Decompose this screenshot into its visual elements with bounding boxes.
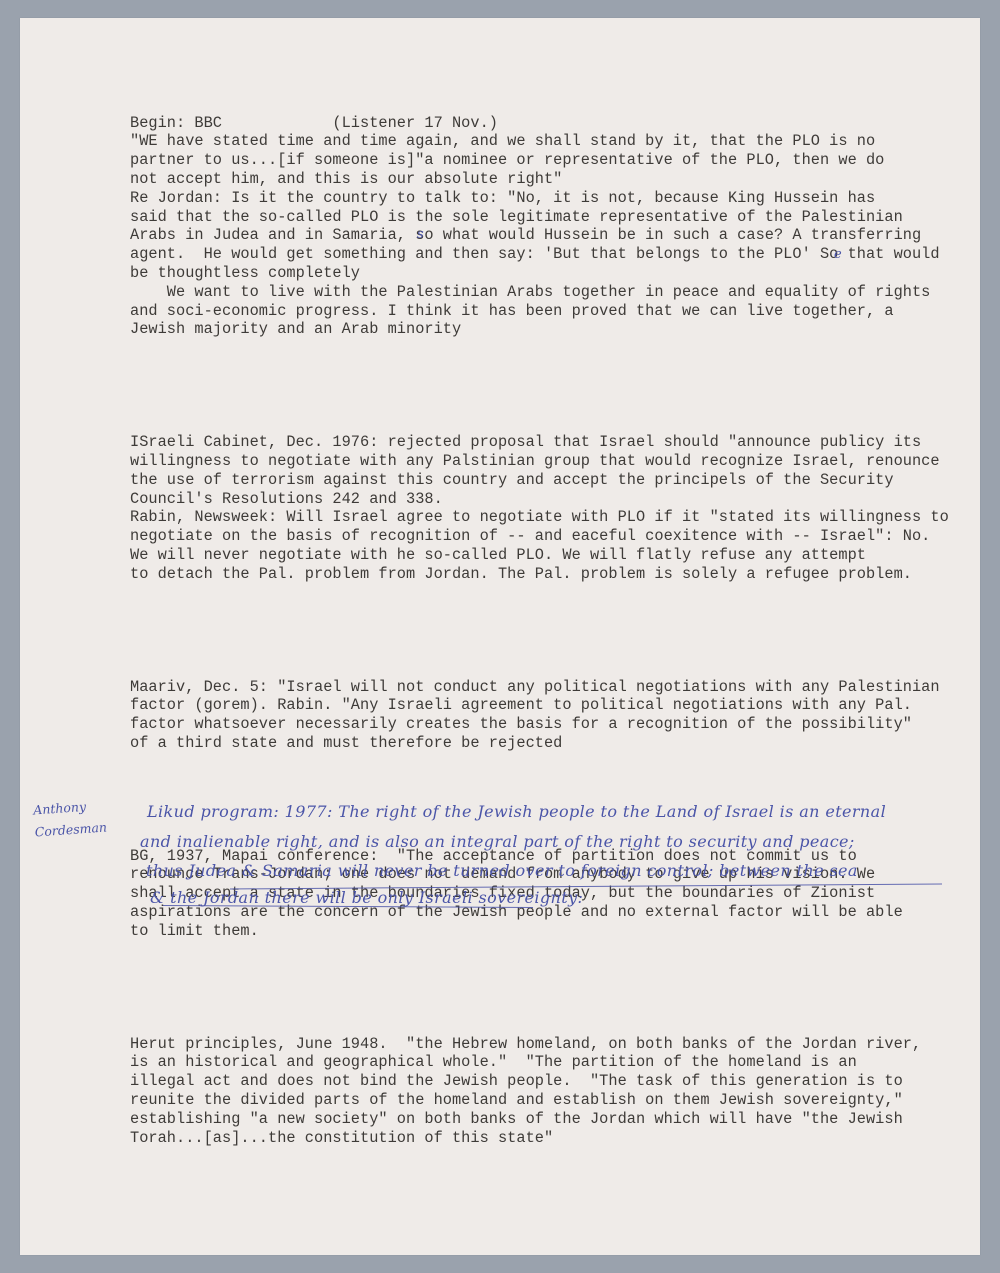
text-line: to limit them. xyxy=(130,922,980,941)
text-line: "WE have stated time and time again, and… xyxy=(130,132,980,151)
text-line: negotiate on the basis of recognition of… xyxy=(130,527,980,546)
paragraph-maariv: Maariv, Dec. 5: "Israel will not conduct… xyxy=(130,678,980,753)
typed-text: Begin: BBC (Listener 17 Nov.)"WE have st… xyxy=(130,76,980,1166)
handwritten-line: thus Judea & Samaria will never be turne… xyxy=(146,861,858,880)
handwritten-line: and inalienable right, and is also an in… xyxy=(140,832,855,851)
text-line: said that the so-called PLO is the sole … xyxy=(130,208,980,227)
paragraph-herut: Herut principles, June 1948. "the Hebrew… xyxy=(130,1035,980,1148)
text-line: establishing "a new society" on both ban… xyxy=(130,1110,980,1129)
text-line: ISraeli Cabinet, Dec. 1976: rejected pro… xyxy=(130,433,980,452)
text-line: We want to live with the Palestinian Ara… xyxy=(130,283,980,302)
text-line: partner to us...[if someone is]"a nomine… xyxy=(130,151,980,170)
text-line: Begin: BBC (Listener 17 Nov.) xyxy=(130,114,980,133)
text-line: reunite the divided parts of the homelan… xyxy=(130,1091,980,1110)
paragraph-cabinet: ISraeli Cabinet, Dec. 1976: rejected pro… xyxy=(130,433,980,583)
text-line: be thoughtless completely xyxy=(130,264,980,283)
text-line: illegal act and does not bind the Jewish… xyxy=(130,1072,980,1091)
handwritten-line: & the Jordan there will be only Israeli … xyxy=(150,888,583,907)
text-line: of a third state and must therefore be r… xyxy=(130,734,980,753)
text-line: and soci-economic progress. I think it h… xyxy=(130,302,980,321)
handwritten-line: Likud program: 1977: The right of the Je… xyxy=(147,802,886,821)
text-line: Council's Resolutions 242 and 338. xyxy=(130,490,980,509)
text-line: not accept him, and this is our absolute… xyxy=(130,170,980,189)
text-line: is an historical and geographical whole.… xyxy=(130,1053,980,1072)
text-line: Rabin, Newsweek: Will Israel agree to ne… xyxy=(130,508,980,527)
text-line: agent. He would get something and then s… xyxy=(130,245,980,264)
text-line: to detach the Pal. problem from Jordan. … xyxy=(130,565,980,584)
paragraph-bbc: Begin: BBC (Listener 17 Nov.)"WE have st… xyxy=(130,114,980,340)
text-line: Torah...[as]...the constitution of this … xyxy=(130,1129,980,1148)
text-line: the use of terrorism against this countr… xyxy=(130,471,980,490)
text-line: willingness to negotiate with any Palsti… xyxy=(130,452,980,471)
text-line: Jewish majority and an Arab minority xyxy=(130,320,980,339)
text-line: Arabs in Judea and in Samaria, so what w… xyxy=(130,226,980,245)
text-line: Herut principles, June 1948. "the Hebrew… xyxy=(130,1035,980,1054)
text-line: factor whatsoever necessarily creates th… xyxy=(130,715,980,734)
text-line: We will never negotiate with he so-calle… xyxy=(130,546,980,565)
text-line: Re Jordan: Is it the country to talk to:… xyxy=(130,189,980,208)
ink-correction-mark: s xyxy=(417,227,424,242)
handwritten-margin-note: Anthony Cordesman xyxy=(33,795,108,844)
text-line: factor (gorem). Rabin. "Any Israeli agre… xyxy=(130,696,980,715)
ink-correction-mark: e xyxy=(834,247,842,262)
text-line: Maariv, Dec. 5: "Israel will not conduct… xyxy=(130,678,980,697)
